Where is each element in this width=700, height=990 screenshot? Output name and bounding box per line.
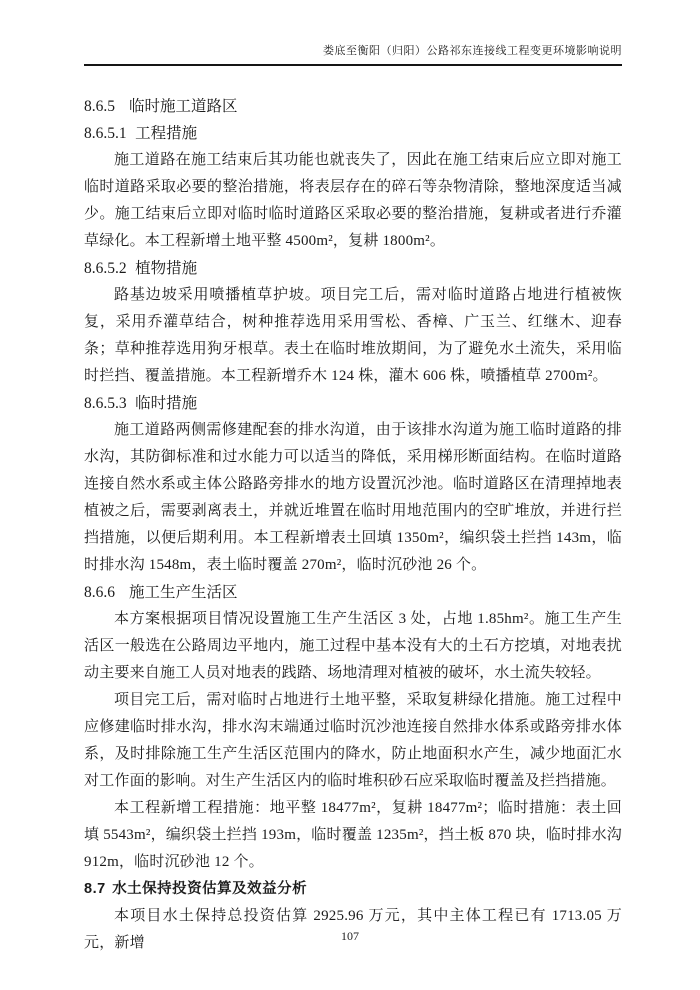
section-number: 8.6.6 xyxy=(84,584,115,601)
section-number: 8.6.5.2 xyxy=(84,260,127,277)
section-heading-8-6-5-1: 8.6.5.1工程措施 xyxy=(84,120,622,147)
paragraph-engineering-measures: 施工道路在施工结束后其功能也就丧失了，因此在施工结束后应立即对施工临时道路采取必… xyxy=(84,147,622,255)
paragraph-living-area-2: 项目完工后，需对临时占地进行土地平整，采取复耕绿化措施。施工过程中应修建临时排水… xyxy=(84,687,622,795)
page-number: 107 xyxy=(0,929,700,944)
section-heading-8-6-5: 8.6.5临时施工道路区 xyxy=(84,93,622,120)
document-body: 8.6.5临时施工道路区 8.6.5.1工程措施 施工道路在施工结束后其功能也就… xyxy=(84,93,622,957)
section-number: 8.6.5.3 xyxy=(84,395,127,412)
section-heading-8-6-5-3: 8.6.5.3临时措施 xyxy=(84,390,622,417)
section-number: 8.7 xyxy=(84,881,106,897)
running-header: 娄底至衡阳（归阳）公路祁东连接线工程变更环境影响说明 xyxy=(84,42,622,66)
section-title: 施工生产生活区 xyxy=(129,584,238,601)
section-title: 工程措施 xyxy=(135,125,197,142)
section-heading-8-7: 8.7水土保持投资估算及效益分析 xyxy=(84,876,622,903)
section-title: 水土保持投资估算及效益分析 xyxy=(112,881,307,897)
section-heading-8-6-6: 8.6.6施工生产生活区 xyxy=(84,579,622,606)
section-title: 临时措施 xyxy=(135,395,197,412)
paragraph-living-area-1: 本方案根据项目情况设置施工生产生活区 3 处，占地 1.85hm²。施工生产生活… xyxy=(84,606,622,687)
paragraph-plant-measures: 路基边坡采用喷播植草护坡。项目完工后，需对临时道路占地进行植被恢复，采用乔灌草结… xyxy=(84,282,622,390)
document-page: 娄底至衡阳（归阳）公路祁东连接线工程变更环境影响说明 8.6.5临时施工道路区 … xyxy=(0,0,700,990)
section-number: 8.6.5.1 xyxy=(84,125,127,142)
section-number: 8.6.5 xyxy=(84,98,115,115)
section-title: 植物措施 xyxy=(135,260,197,277)
paragraph-living-area-3: 本工程新增工程措施：地平整 18477m²，复耕 18477m²；临时措施：表土… xyxy=(84,795,622,876)
section-heading-8-6-5-2: 8.6.5.2植物措施 xyxy=(84,255,622,282)
section-title: 临时施工道路区 xyxy=(129,98,238,115)
paragraph-temporary-measures: 施工道路两侧需修建配套的排水沟道，由于该排水沟道为施工临时道路的排水沟，其防御标… xyxy=(84,417,622,579)
